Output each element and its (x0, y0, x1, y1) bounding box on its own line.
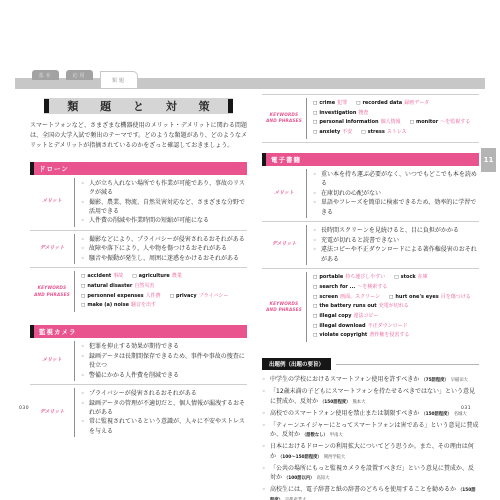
exam-item-university: 関西学院大 (324, 455, 345, 460)
merit-label: メリット (30, 341, 74, 381)
keyword-en: natural disaster (87, 283, 132, 289)
keyword-ja: 充電が切れる (379, 303, 409, 309)
exam-examples-heading-row: 出題例（出題の要旨） (262, 358, 479, 370)
page-title: 類 題 と 対 策 (58, 98, 218, 114)
keywords-label-line2: AND PHRASES (266, 118, 302, 124)
keyword-ja: 農業 (172, 273, 182, 279)
demerit-item: 長時間スクリーンを見続けると、目に負担がかかる (313, 226, 477, 235)
merit-label: メリット (30, 178, 74, 227)
keyword-item: search for ...～を検索する (313, 283, 387, 293)
exam-item-wordcount: （100～150語程度） (278, 455, 322, 460)
keyword-ja: 画面、スクリーン (340, 294, 380, 300)
keyword-item: illegal copy違法コピー (313, 312, 378, 322)
keyword-line: accident事故 agriculture農業 natural disaste… (81, 272, 245, 291)
tab-similar-questions: 類題 (100, 71, 138, 88)
demerit-item: 撮影などにより、プライバシーが侵害されるおそれがある (81, 235, 245, 244)
exam-item: 高校生には、電子辞書と紙の辞書のどちらを使用することを勧めるか（150語程度）京… (262, 485, 479, 500)
ebook-demerit-row: デメリット 長時間スクリーンを見続けると、目に負担がかかる 充電が切れると読書で… (262, 221, 479, 268)
keyword-item: monitor～を監視する (410, 118, 471, 128)
keyword-en: agriculture (139, 273, 170, 279)
merit-item: 在庫切れの心配がない (313, 189, 477, 198)
keyword-ja: 著作権を侵害する (369, 332, 409, 338)
keyword-ja: 自然災害 (134, 283, 154, 289)
keyword-item: screen画面、スクリーン (313, 293, 380, 303)
keyword-item: stock在庫 (394, 273, 427, 283)
keyword-ja: 違法コピー (354, 313, 379, 319)
keyword-ja: 不安 (342, 129, 352, 135)
exam-item: 日本におけるドローンの利用拡大についてどう思うか。また、その理由は何か（100～… (262, 442, 479, 461)
section-heading-marker (262, 153, 266, 166)
keywords-label-line2: AND PHRASES (266, 307, 302, 313)
keyword-en: portable (319, 274, 343, 280)
exam-examples-heading: 出題例（出題の要旨） (262, 358, 331, 370)
section-camera-heading-label: 監視カメラ (39, 328, 77, 336)
keyword-en: privacy (176, 293, 197, 299)
demerit-item: 騒音や振動が発生し、周囲に迷惑をかけるおそれがある (81, 254, 245, 263)
merit-item: 単語やフレーズを簡単に検索できるため、効率的に学習できる (313, 198, 477, 217)
keywords-label-line2: AND PHRASES (34, 292, 70, 298)
keyword-line: the battery runs out充電が切れる illegal copy違… (313, 302, 477, 321)
exam-item-university: 甲南大 (330, 433, 343, 438)
ebook-demerit-list: 長時間スクリーンを見続けると、目に負担がかかる 充電が切れると読書できない 違法… (313, 226, 477, 264)
keyword-en: the battery runs out (319, 303, 376, 309)
keyword-item: the battery runs out充電が切れる (313, 302, 409, 312)
heading-rule (336, 364, 479, 365)
merit-item: 録画データは長期間保存できるため、事件や事故の捜査に役立つ (81, 352, 245, 371)
keyword-en: violate copyright (319, 332, 367, 338)
keyword-item: hurt one's eyes目を傷つける (389, 293, 471, 303)
title-end-bar-right (228, 99, 233, 113)
tab-bar: 基本 応用 類題 (32, 70, 138, 80)
camera-demerit-list: プライバシーが侵害されるおそれがある 録画データの管理が不適切だと、個人情報が漏… (81, 389, 245, 436)
keyword-ja: 在庫 (418, 274, 428, 280)
keyword-item: personal information個人情報 (313, 118, 401, 128)
chapter-edge-tab: 11 (481, 148, 496, 172)
keyword-en: crime (319, 100, 335, 106)
keyword-item: make (a) noise騒音を出す (81, 301, 156, 311)
keyword-ja: 事故 (113, 273, 123, 279)
section-drone: ドローン メリット 人が立ち入れない場所でも作業が可能であり、事故のリスクが減る… (30, 162, 247, 316)
keyword-ja: ～を監視する (440, 119, 470, 125)
keywords-label: KEYWORDS AND PHRASES (262, 272, 306, 342)
ebook-keywords-row: KEYWORDS AND PHRASES portable持ち運びしやすい st… (262, 268, 479, 345)
tab-basic-label: 基本 (38, 72, 52, 79)
exam-item-text: 高校生には、電子辞書と紙の辞書のどちらを使用することを勧めるか (270, 486, 456, 493)
exam-item-wordcount: （語数なし） (302, 433, 328, 438)
ebook-merit-row: メリット 重い本を持ち運ぶ必要がなく、いつでもどこでも本を読める 在庫切れの心配… (262, 166, 479, 221)
drone-merit-row: メリット 人が立ち入れない場所でも作業が可能であり、事故のリスクが減る 撮影、農… (30, 175, 247, 230)
keyword-en: hurt one's eyes (395, 294, 438, 300)
exam-item-university: 高知大 (316, 476, 329, 481)
page-number-right: 031 (461, 406, 471, 411)
keyword-en: screen (319, 294, 338, 300)
exam-item: 中学生の学校におけるスマートフォン使用を許すべきか（75語程度）早稲田大 (262, 375, 479, 385)
keyword-item: privacyプライバシー (170, 292, 229, 302)
demerit-label: デメリット (262, 225, 306, 265)
keyword-en: anxiety (319, 129, 340, 135)
tab-basic: 基本 (32, 70, 59, 80)
keyword-en: stress (368, 129, 385, 135)
keyword-ja: ～を検索する (357, 284, 387, 290)
keyword-item: personnel expenses人件費 (81, 292, 161, 302)
keyword-ja: 騒音を出す (131, 302, 156, 308)
keyword-item: violate copyright著作権を侵害する (313, 331, 409, 341)
keyword-ja: 捜査 (358, 110, 368, 116)
exam-item-university: 早稲田大 (451, 378, 468, 383)
keyword-ja: 個人情報 (381, 119, 401, 125)
drone-merit-list: 人が立ち入れない場所でも作業が可能であり、事故のリスクが減る 撮影、農業、物流、… (81, 179, 245, 226)
keyword-ja: 人件費 (146, 293, 161, 299)
exam-item-university: 名城大 (454, 412, 467, 417)
demerit-item: 充電が切れると読書できない (313, 236, 477, 245)
tab-applied: 応用 (66, 70, 93, 80)
drone-keywords-row: KEYWORDS AND PHRASES accident事故 agricult… (30, 267, 247, 315)
exam-item-university: 熊本大 (352, 400, 365, 405)
keyword-line: make (a) noise騒音を出す (81, 301, 245, 311)
keyword-ja: 目を傷つける (441, 294, 471, 300)
merit-item: 重い本を持ち運ぶ必要がなく、いつでもどこでも本を読める (313, 170, 477, 189)
tab-applied-label: 応用 (72, 72, 86, 79)
section-camera: 監視カメラ メリット 犯罪を抑止する効果が期待できる 録画データは長期間保存でき… (30, 325, 247, 440)
keywords-label: KEYWORDS AND PHRASES (30, 271, 74, 312)
keyword-en: personal information (319, 119, 378, 125)
merit-item: 撮影、農業、物流、自然災害対応など、さまざまな分野で活用できる (81, 198, 245, 217)
drone-demerit-list: 撮影などにより、プライバシーが侵害されるおそれがある 故障や落下により、人や物を… (81, 235, 245, 263)
title-end-bar-left (44, 99, 49, 113)
keyword-item: stressストレス (361, 128, 406, 138)
demerit-item: 録画データの管理が不適切だと、個人情報が漏洩するおそれがある (81, 399, 245, 418)
book-spread: 基本 応用 類題 類 題 と 対 策 スマートフォンなど、さまざまな機器使用のメ… (0, 0, 500, 500)
keyword-en: personnel expenses (87, 293, 143, 299)
section-camera-heading: 監視カメラ (30, 325, 247, 338)
section-drone-heading-label: ドローン (39, 165, 69, 173)
keyword-item: agriculture農業 (132, 272, 182, 282)
exam-item-wordcount: （75語程度） (421, 378, 448, 383)
keyword-ja: 不正ダウンロード (368, 323, 408, 329)
keyword-line: illegal download不正ダウンロード violate copyrig… (313, 322, 477, 341)
exam-item: 「ティーンエイジャーにとってスマートフォンは害である」という意見に賛成か、反対か… (262, 421, 479, 440)
keyword-ja: 持ち運びしやすい (345, 274, 385, 280)
demerit-item: プライバシーが侵害されるおそれがある (81, 389, 245, 398)
intro-paragraph: スマートフォンなど、さまざまな機器使用のメリット・デメリットに関わる問題は、全国… (30, 121, 247, 152)
keyword-item: natural disaster自然災害 (81, 282, 154, 292)
keyword-en: stock (401, 274, 416, 280)
merit-item: 犯罪を抑止する効果が期待できる (81, 342, 245, 351)
keyword-item: recorded data録画データ (356, 99, 429, 109)
keyword-item: portable持ち運びしやすい (313, 273, 385, 283)
keyword-ja: 録画データ (404, 100, 429, 106)
ebook-merit-list: 重い本を持ち運ぶ必要がなく、いつでもどこでも本を読める 在庫切れの心配がない 単… (313, 170, 477, 217)
merit-item: 人が立ち入れない場所でも作業が可能であり、事故のリスクが減る (81, 179, 245, 198)
demerit-label: デメリット (30, 388, 74, 437)
exam-item-text: 中学生の学校におけるスマートフォン使用を許すべきか (270, 376, 419, 383)
section-heading-marker (30, 325, 34, 338)
page-title-band: 類 題 と 対 策 (44, 98, 233, 114)
keyword-line: personal information個人情報 monitor～を監視する (313, 118, 477, 128)
exam-item-wordcount: （100語以内） (284, 476, 314, 481)
exam-item: 「12歳未満の子どもにスマートフォンを持たせるべきではない」という意見に賛成か、… (262, 387, 479, 406)
page-right: KEYWORDS AND PHRASES crime犯罪 recorded da… (262, 94, 479, 500)
keyword-line: screen画面、スクリーン hurt one's eyes目を傷つける (313, 293, 477, 303)
page-left: 類 題 と 対 策 スマートフォンなど、さまざまな機器使用のメリット・デメリット… (30, 96, 247, 440)
exam-examples-section: 出題例（出題の要旨） 中学生の学校におけるスマートフォン使用を許すべきか（75語… (262, 358, 479, 500)
keyword-line: portable持ち運びしやすい stock在庫 search for ...～… (313, 273, 477, 292)
section-ebook-heading-label: 電子書籍 (271, 156, 301, 164)
keyword-en: make (a) noise (87, 302, 129, 308)
section-ebook: 電子書籍 メリット 重い本を持ち運ぶ必要がなく、いつでもどこでも本を読める 在庫… (262, 153, 479, 345)
exam-item: 「公共の場所にもっと監視カメラを設置すべきだ」という意見に賛成か、反対か（100… (262, 464, 479, 483)
keyword-en: illegal copy (319, 313, 351, 319)
camera-merit-row: メリット 犯罪を抑止する効果が期待できる 録画データは長期間保存できるため、事件… (30, 338, 247, 384)
section-heading-marker (30, 162, 34, 175)
keyword-item: illegal download不正ダウンロード (313, 322, 408, 332)
section-ebook-heading: 電子書籍 (262, 153, 479, 166)
keyword-ja: ストレス (387, 129, 407, 135)
demerit-item: 違法コピーや不正ダウンロードによる著作権侵害のおそれがある (313, 245, 477, 264)
demerit-label: デメリット (30, 234, 74, 264)
camera-merit-list: 犯罪を抑止する効果が期待できる 録画データは長期間保存できるため、事件や事故の捜… (81, 342, 245, 380)
keyword-item: accident事故 (81, 272, 123, 282)
merit-item: 警備にかかる人件費を削減できる (81, 371, 245, 380)
exam-item-text: 「12歳未満の子どもにスマートフォンを持たせるべきではない」という意見に賛成か、… (270, 388, 475, 404)
keyword-ja: プライバシー (199, 293, 229, 299)
keyword-en: investigation (319, 110, 356, 116)
keyword-item: investigation捜査 (313, 109, 368, 119)
camera-keywords-row: KEYWORDS AND PHRASES crime犯罪 recorded da… (262, 94, 479, 143)
demerit-item: 故障や落下により、人や物を傷つけるおそれがある (81, 244, 245, 253)
exam-item: 高校でのスマートフォン使用を禁止または制限すべきか（150語程度）名城大 (262, 409, 479, 419)
keyword-line: anxiety不安 stressストレス (313, 128, 477, 138)
merit-item: 人件費の削減や作業時間の短縮が可能になる (81, 216, 245, 225)
section-drone-heading: ドローン (30, 162, 247, 175)
tab-similar-questions-label: 類題 (112, 77, 126, 84)
exam-item-text: 高校でのスマートフォン使用を禁止または制限すべきか (270, 410, 419, 417)
merit-label: メリット (262, 169, 306, 218)
keyword-en: monitor (416, 119, 438, 125)
keyword-item: crime犯罪 (313, 99, 347, 109)
keyword-en: search for ... (319, 284, 355, 290)
page-number-left: 030 (19, 406, 29, 411)
keyword-en: accident (87, 273, 111, 279)
drone-demerit-row: デメリット 撮影などにより、プライバシーが侵害されるおそれがある 故障や落下によ… (30, 230, 247, 267)
keyword-line: crime犯罪 recorded data録画データ investigation… (313, 99, 477, 118)
exam-item-wordcount: （150語程度） (421, 412, 451, 417)
keyword-en: recorded data (362, 100, 402, 106)
camera-demerit-row: デメリット プライバシーが侵害されるおそれがある 録画データの管理が不適切だと、… (30, 384, 247, 440)
demerit-item: 常に監視されているという意識が、人々に不安やストレスを与える (81, 417, 245, 436)
exam-item-wordcount: （150語程度） (320, 400, 350, 405)
keyword-item: anxiety不安 (313, 128, 352, 138)
keyword-line: personnel expenses人件費 privacyプライバシー (81, 292, 245, 302)
keyword-en: illegal download (319, 323, 365, 329)
keywords-label: KEYWORDS AND PHRASES (262, 98, 306, 139)
keyword-ja: 犯罪 (337, 100, 347, 106)
exam-examples-list: 中学生の学校におけるスマートフォン使用を許すべきか（75語程度）早稲田大 「12… (262, 375, 479, 500)
